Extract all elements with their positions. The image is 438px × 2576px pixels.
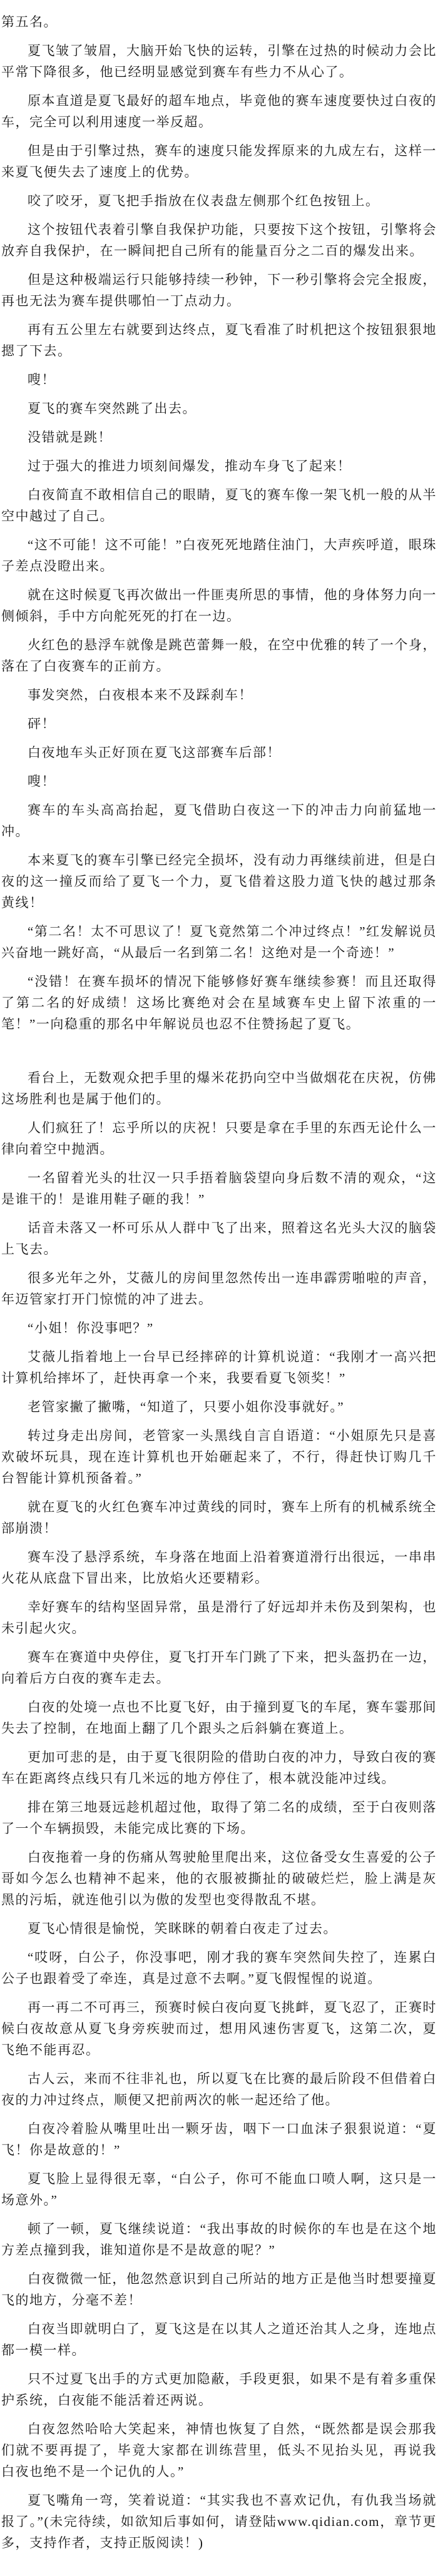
novel-paragraph: 白夜微微一怔，他忽然意识到自己所站的地方正是他当时想要撞夏飞的地方，分毫不差！	[1, 2268, 437, 2311]
novel-paragraph: 更加可悲的是，由于夏飞很阴险的借助白夜的冲力，导致白夜的赛车在距离终点线只有几米…	[1, 1747, 437, 1789]
novel-page: 第五名。夏飞皱了皱眉，大脑开始飞快的运转，引擎在过热的时候动力会比平常下降很多，…	[0, 0, 438, 2576]
novel-paragraph: “第二名！太不可思议了！夏飞竟然第二个冲过终点！”红发解说员兴奋地一跳好高，“从…	[1, 921, 437, 963]
novel-paragraph: 赛车在赛道中央停住，夏飞打开车门跳了下来，把头盔扔在一边，向着后方白夜的赛车走去…	[1, 1646, 437, 1689]
novel-paragraph: 咬了咬牙，夏飞把手指放在仪表盘左侧那个红色按钮上。	[1, 190, 437, 211]
novel-paragraph: 只不过夏飞出手的方式更加隐蔽，手段更狠，如果不是有着多重保护系统，白夜能不能活着…	[1, 2368, 437, 2411]
novel-paragraph: 人们疯狂了！忘乎所以的庆祝！只要是拿在手里的东西无论什么一律向着空中抛洒。	[1, 1117, 437, 1160]
novel-paragraph: 顿了一顿，夏飞继续说道：“我出事故的时候你的车也是在这个地方差点撞到我，谁知道你…	[1, 2218, 437, 2261]
novel-paragraph: 但是这种极端运行只能够持续一秒钟，下一秒引擎将会完全报废，再也无法为赛车提供哪怕…	[1, 269, 437, 312]
novel-paragraph: 赛车没了悬浮系统，车身落在地面上沿着赛道滑行出很远，一串串火花从底盘下冒出来，比…	[1, 1546, 437, 1589]
novel-paragraph: 老管家撇了撇嘴，“知道了，只要小姐你没事就好。”	[1, 1396, 437, 1417]
novel-paragraph: 很多光年之外，艾薇儿的房间里忽然传出一连串霹雳啪啦的声音，年迈管家打开门惊慌的冲…	[1, 1267, 437, 1310]
novel-paragraph: 本来夏飞的赛车引擎已经完全损坏，没有动力再继续前进，但是白夜的这一撞反而给了夏飞…	[1, 849, 437, 913]
novel-paragraph: 白夜的处境一点也不比夏飞好，由于撞到夏飞的车尾，赛车霎那间失去了控制，在地面上翻…	[1, 1696, 437, 1739]
novel-paragraph: 白夜地车头正好顶在夏飞这部赛车后部！	[1, 742, 437, 763]
novel-paragraph: 砰！	[1, 713, 437, 734]
novel-paragraph: 再一再二不可再三，预赛时候白夜向夏飞挑衅，夏飞忍了，正赛时候白夜故意从夏飞身旁疾…	[1, 1997, 437, 2061]
novel-paragraph: 夏飞皱了皱眉，大脑开始飞快的运转，引擎在过热的时候动力会比平常下降很多，他已经明…	[1, 40, 437, 83]
novel-paragraph: 夏飞心情很是愉悦，笑眯眯的朝着白夜走了过去。	[1, 1918, 437, 1939]
novel-paragraph: 转过身走出房间，老管家一头黑线自言自语道：“小姐原先只是喜欢破坏玩具，现在连计算…	[1, 1425, 437, 1489]
novel-paragraph: 白夜拖着一身的伤痛从驾驶舱里爬出来，这位备受女生喜爱的公子哥如今怎么也精神不起来…	[1, 1847, 437, 1910]
chapter-text: 第五名。夏飞皱了皱眉，大脑开始飞快的运转，引擎在过热的时候动力会比平常下降很多，…	[1, 11, 437, 2553]
novel-paragraph: 艾薇儿指着地上一台早已经摔碎的计算机说道：“我刚才一高兴把计算机给摔坏了，赶快再…	[1, 1346, 437, 1389]
novel-paragraph: 嗖！	[1, 369, 437, 390]
novel-paragraph: 夏飞脸上显得很无辜，“白公子，你可不能血口喷人啊，这只是一场意外。”	[1, 2168, 437, 2211]
novel-paragraph: 白夜当即就明白了，夏飞这是在以其人之道还治其人之身，连地点都一模一样。	[1, 2318, 437, 2361]
novel-paragraph: 幸好赛车的结构坚固异常，虽是滑行了好远却并未伤及到架构，也未引起火灾。	[1, 1596, 437, 1639]
novel-paragraph: 夏飞的赛车突然跳了出去。	[1, 398, 437, 419]
novel-paragraph: 白夜冷着脸从嘴里吐出一颗牙齿，咽下一口血沫子狠狠说道：“夏飞！你是故意的！”	[1, 2118, 437, 2161]
novel-paragraph: “这不可能！这不可能！”白夜死死地踏住油门，大声疾呼道，眼珠子差点没瞪出来。	[1, 534, 437, 577]
novel-paragraph: 事发突然，白夜根本来不及踩刹车！	[1, 684, 437, 706]
novel-paragraph: 夏飞嘴角一弯，笑着说道：“其实我也不喜欢记仇，有仇我当场就报了。”(未完待续，如…	[1, 2490, 437, 2553]
novel-paragraph: 原本直道是夏飞最好的超车地点，毕竟他的赛车速度要快过白夜的车，完全可以利用速度一…	[1, 90, 437, 133]
novel-paragraph: 白夜简直不敢相信自己的眼睛，夏飞的赛车像一架飞机一般的从半空中越过了自己。	[1, 484, 437, 527]
novel-paragraph: 嗖！	[1, 771, 437, 792]
novel-paragraph: 第五名。	[1, 11, 437, 33]
novel-paragraph: “小姐！你没事吧？”	[1, 1317, 437, 1339]
novel-paragraph: 再有五公里左右就要到达终点，夏飞看准了时机把这个按钮狠狠地摁了下去。	[1, 319, 437, 362]
novel-paragraph: 就在夏飞的火红色赛车冲过黄线的同时，赛车上所有的机械系统全部崩溃！	[1, 1496, 437, 1539]
novel-paragraph: 看台上，无数观众把手里的爆米花扔向空中当做烟花在庆祝，仿佛这场胜利也是属于他们的…	[1, 1067, 437, 1110]
novel-paragraph: 赛车的车头高高抬起，夏飞借助白夜这一下的冲击力向前猛地一冲。	[1, 799, 437, 842]
novel-paragraph: 火红色的悬浮车就像是跳芭蕾舞一般，在空中优雅的转了一个身，落在了白夜赛车的正前方…	[1, 634, 437, 677]
novel-paragraph: 就在这时候夏飞再次做出一件匪夷所思的事情，他的身体努力向一侧倾斜，手中方向舵死死…	[1, 584, 437, 627]
novel-paragraph: 过于强大的推进力顷刻间爆发，推动车身飞了起来！	[1, 455, 437, 477]
novel-paragraph: 话音未落又一杯可乐从人群中飞了出来，照着这名光头大汉的脑袋上飞去。	[1, 1217, 437, 1260]
novel-paragraph: 这个按钮代表着引擎自我保护功能，只要按下这个按钮，引擎将会放弃自我保护，在一瞬间…	[1, 219, 437, 261]
novel-paragraph: “哎呀，白公子，你没事吧，刚才我的赛车突然间失控了，连累白公子也跟着受了牵连，真…	[1, 1947, 437, 1989]
novel-paragraph: 没错就是跳！	[1, 427, 437, 448]
novel-paragraph: 但是由于引擎过热，赛车的速度只能发挥原来的九成左右，这样一来夏飞便失去了速度上的…	[1, 140, 437, 183]
novel-paragraph: “没错！在赛车损坏的情况下能够修好赛车继续参赛！而且还取得了第二名的好成绩！这场…	[1, 971, 437, 1035]
novel-paragraph: 古人云，来而不往非礼也，所以夏飞在比赛的最后阶段不但借着白夜的力冲过终点，顺便又…	[1, 2068, 437, 2111]
novel-paragraph: 一名留着光头的壮汉一只手捂着脑袋望向身后数不清的观众，“这是谁干的！是谁用鞋子砸…	[1, 1167, 437, 1210]
novel-paragraph: 白夜忽然哈哈大笑起来，神情也恢复了自然，“既然都是误会那我们就不要再提了，毕竟大…	[1, 2418, 437, 2482]
novel-paragraph: 排在第三地聂远趁机超过他，取得了第二名的成绩，至于白夜则落了一个车辆损毁，未能完…	[1, 1797, 437, 1839]
